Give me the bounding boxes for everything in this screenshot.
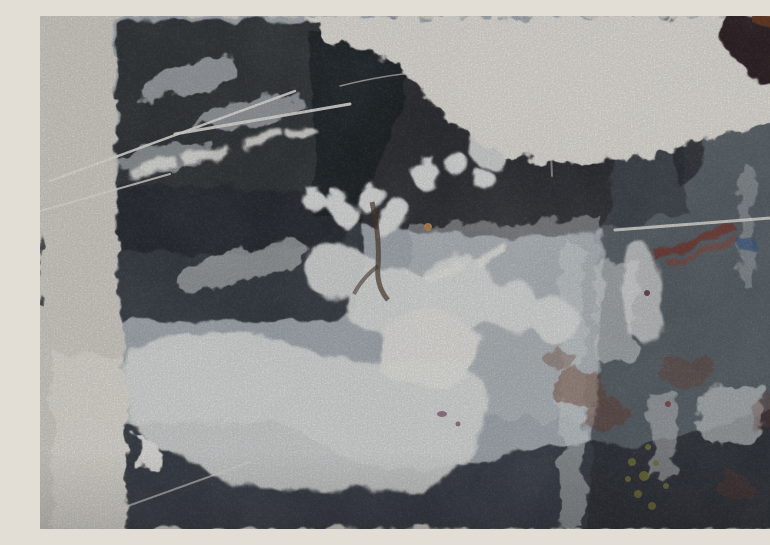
- texture-overlays: [40, 16, 770, 529]
- abstract-photo-canvas: [40, 16, 770, 529]
- abstract-photo: [40, 16, 770, 529]
- bottom-vignette: [40, 16, 770, 529]
